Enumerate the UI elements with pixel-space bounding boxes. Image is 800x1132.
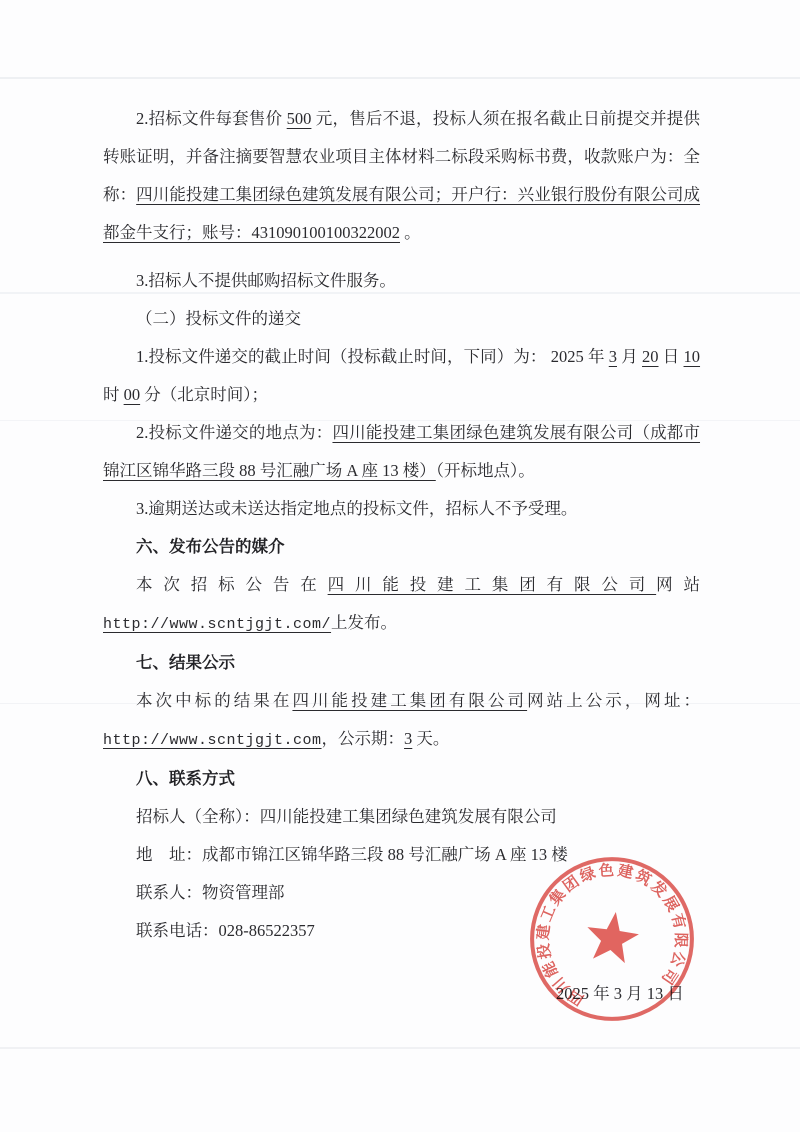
scan-artifact-line: [0, 1047, 800, 1049]
text-segment: （二）投标文件的递交: [136, 309, 301, 328]
text-segment: 2.投标文件递交的地点为：: [136, 423, 332, 442]
text-segment: 月: [617, 347, 642, 366]
text-segment: 日: [659, 347, 684, 366]
text-segment: 。: [400, 223, 421, 242]
text-segment: 天。: [412, 729, 449, 748]
text-segment: 时: [103, 385, 124, 404]
paragraph: 1.投标文件递交的截止时间（投标截止时间，下同）为： 2025 年 3 月 20…: [103, 338, 700, 414]
text-segment: 分（北京时间）；: [140, 385, 268, 404]
text-segment: 七、结果公示: [136, 654, 235, 672]
text-segment: 招标人（全称）：四川能投建工集团绿色建筑发展有限公司: [136, 807, 557, 826]
underlined-text-segment: http://www.scntjgjt.com: [103, 732, 322, 749]
text-segment: 八、联系方式: [136, 770, 235, 788]
company-seal: 四川能投建工集团绿色建筑发展有限公司: [524, 851, 700, 1027]
document-page: 2.招标文件每套售价 500 元，售后不退，投标人须在报名截止日前提交并提供转账…: [0, 0, 800, 1132]
section-heading: 六、发布公告的媒介: [103, 528, 700, 566]
text-segment: 六、发布公告的媒介: [136, 538, 285, 556]
section-heading: 七、结果公示: [103, 644, 700, 682]
underlined-text-segment: 20: [642, 347, 659, 366]
paragraph: 2.招标文件每套售价 500 元，售后不退，投标人须在报名截止日前提交并提供转账…: [103, 100, 700, 252]
paragraph: 2.投标文件递交的地点为：四川能投建工集团绿色建筑发展有限公司（成都市锦江区锦华…: [103, 414, 700, 490]
section-heading: 八、联系方式: [103, 760, 700, 798]
underlined-text-segment: http://www.scntjgjt.com/: [103, 616, 331, 633]
paragraph: 3.招标人不提供邮购招标文件服务。: [103, 262, 700, 300]
text-segment: 本次中标的结果在: [136, 691, 292, 710]
underlined-text-segment: 500: [287, 109, 312, 128]
text-segment: 3.招标人不提供邮购招标文件服务。: [136, 271, 396, 290]
text-segment: 地 址：成都市锦江区锦华路三段 88 号汇融广场 A 座 13 楼: [136, 845, 568, 864]
text-segment: 联系人：物资管理部: [136, 883, 285, 902]
paragraph: 招标人（全称）：四川能投建工集团绿色建筑发展有限公司: [103, 798, 700, 836]
scan-artifact-line: [0, 77, 800, 79]
text-segment: 2.招标文件每套售价: [136, 109, 287, 128]
underlined-text-segment: 四川能投建工集团有限公司: [328, 575, 657, 594]
text-segment: 上发布。: [331, 613, 397, 632]
paragraph: （二）投标文件的递交: [103, 300, 700, 338]
text-segment: 本次招标公告在: [136, 575, 328, 594]
underlined-text-segment: 四川能投建工集团有限公司: [292, 691, 527, 710]
text-segment: （开标地点）。: [436, 461, 535, 480]
paragraph: 3.逾期送达或未送达指定地点的投标文件，招标人不予受理。: [103, 490, 700, 528]
underlined-text-segment: 431090100100322002: [252, 223, 401, 242]
seal-star-icon: [587, 912, 638, 963]
text-segment: ，公示期：: [322, 729, 405, 748]
text-segment: 3.逾期送达或未送达指定地点的投标文件，招标人不予受理。: [136, 499, 577, 518]
text-segment: 1.投标文件递交的截止时间（投标截止时间，下同）为： 2025 年: [136, 347, 609, 366]
text-segment: 联系电话：028-86522357: [136, 921, 315, 940]
text-segment: 网站: [656, 575, 700, 594]
document-body: 2.招标文件每套售价 500 元，售后不退，投标人须在报名截止日前提交并提供转账…: [103, 100, 700, 950]
paragraph: 本次招标公告在四川能投建工集团有限公司网站 http://www.scntjgj…: [103, 566, 700, 644]
underlined-text-segment: 3: [609, 347, 617, 366]
underlined-text-segment: 00: [124, 385, 141, 404]
text-segment: 网站上公示，网址：: [527, 691, 700, 710]
paragraph: 本次中标的结果在四川能投建工集团有限公司网站上公示，网址：http://www.…: [103, 682, 700, 760]
underlined-text-segment: 10: [684, 347, 701, 366]
